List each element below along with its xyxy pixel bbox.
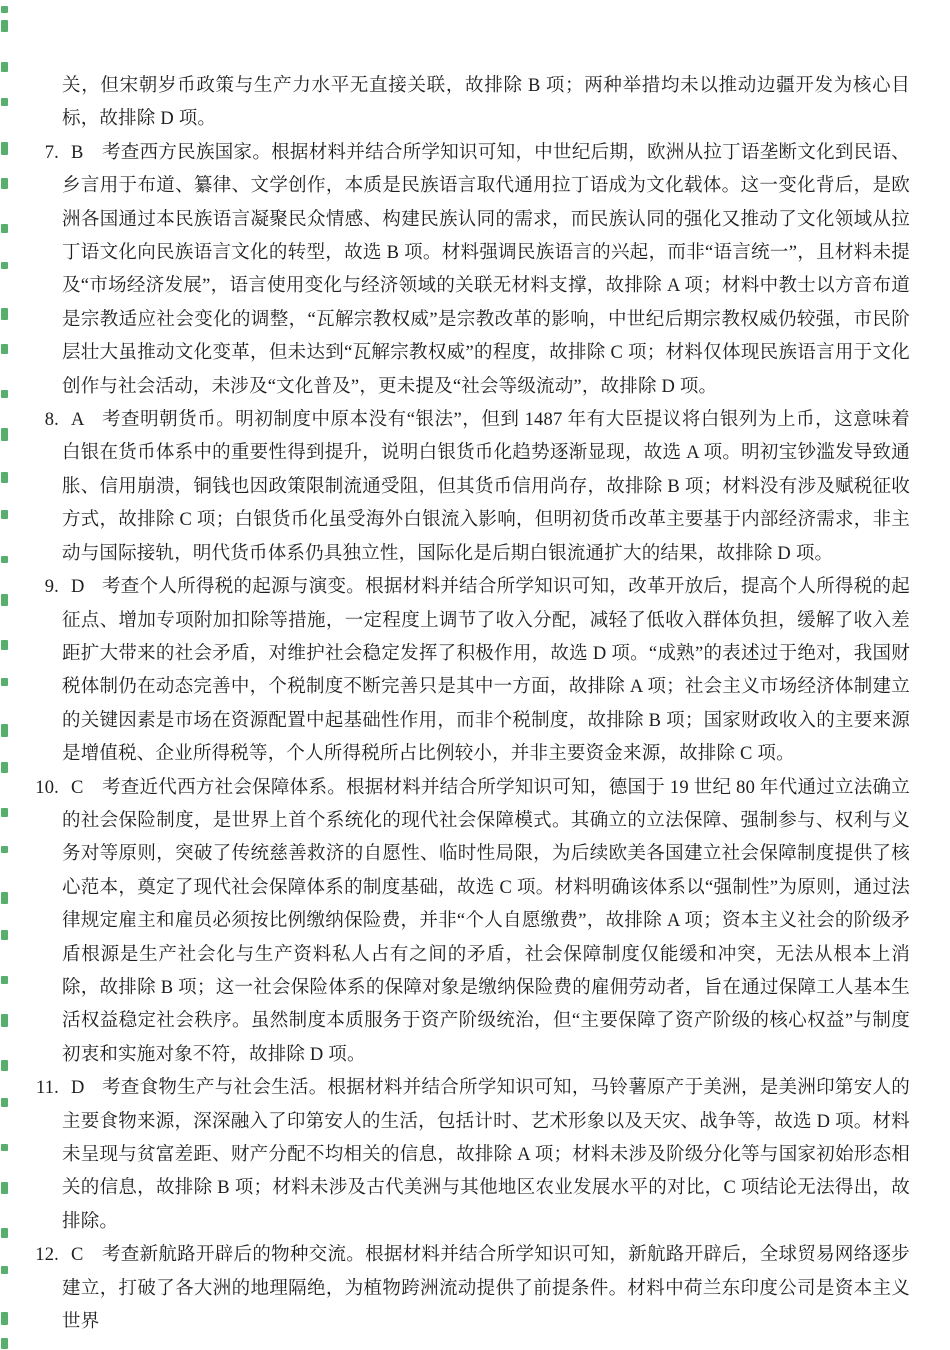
edge-mark: [1, 178, 8, 189]
answer-item-label: 9.D: [29, 571, 85, 604]
edge-mark: [1, 390, 8, 398]
question-number: 10.: [29, 772, 59, 805]
edge-mark: [1, 1228, 8, 1238]
edge-mark: [1, 1312, 8, 1325]
edge-mark: [1, 62, 8, 72]
continued-explanation-paragraph: 关，但宋朝岁币政策与生产力水平无直接关联，故排除 B 项；两种举措均未以推动边疆…: [62, 70, 910, 137]
answer-item: 7.B考查西方民族国家。根据材料并结合所学知识可知，中世纪后期，欧洲从拉丁语垄断…: [62, 137, 910, 404]
edge-mark: [1, 846, 8, 853]
edge-mark: [1, 1098, 8, 1107]
left-edge-print-marks: [0, 0, 12, 1350]
edge-mark: [1, 808, 8, 817]
edge-mark: [1, 510, 8, 519]
edge-mark: [1, 308, 8, 320]
answer-item-label: 7.B: [29, 137, 84, 170]
edge-mark: [1, 930, 8, 940]
edge-mark: [1, 1338, 8, 1349]
answer-item-label: 10.C: [29, 772, 84, 805]
edge-mark: [1, 892, 8, 904]
edge-mark: [1, 724, 8, 737]
answer-items-list: 7.B考查西方民族国家。根据材料并结合所学知识可知，中世纪后期，欧洲从拉丁语垄断…: [62, 137, 910, 1340]
explanation-text: 考查近代西方社会保障体系。根据材料并结合所学知识可知，德国于 19 世纪 80 …: [62, 778, 910, 1065]
question-number: 9.: [29, 571, 59, 604]
edge-mark: [1, 98, 8, 106]
edge-mark: [1, 1060, 8, 1071]
answers-content: 关，但宋朝岁币政策与生产力水平无直接关联，故排除 B 项；两种举措均未以推动边疆…: [62, 70, 910, 1339]
answer-item-label: 11.D: [29, 1072, 85, 1105]
question-number: 11.: [29, 1072, 59, 1105]
edge-mark: [1, 472, 8, 483]
answer-letter: C: [71, 1239, 84, 1272]
answer-item-label: 12.C: [29, 1239, 84, 1272]
edge-mark: [1, 224, 8, 233]
answer-item: 10.C考查近代西方社会保障体系。根据材料并结合所学知识可知，德国于 19 世纪…: [62, 772, 910, 1073]
edge-mark: [1, 594, 8, 606]
edge-mark: [1, 678, 8, 686]
question-number: 7.: [29, 137, 59, 170]
explanation-text: 考查新航路开辟后的物种交流。根据材料并结合所学知识可知，新航路开辟后，全球贸易网…: [62, 1245, 910, 1332]
answer-item: 9.D考查个人所得税的起源与演变。根据材料并结合所学知识可知，改革开放后，提高个…: [62, 571, 910, 771]
edge-mark: [1, 556, 8, 563]
edge-mark: [1, 262, 8, 269]
edge-mark: [1, 762, 8, 773]
answer-letter: C: [71, 772, 84, 805]
edge-mark: [1, 6, 8, 13]
answer-item: 12.C考查新航路开辟后的物种交流。根据材料并结合所学知识可知，新航路开辟后，全…: [62, 1239, 910, 1339]
edge-mark: [1, 142, 8, 155]
edge-mark: [1, 1144, 8, 1151]
edge-mark: [1, 640, 8, 650]
edge-mark: [1, 976, 8, 984]
edge-mark: [1, 20, 8, 32]
answer-item: 8.A考查明朝货币。明初制度中原本没有“银法”，但到 1487 年有大臣提议将白…: [62, 404, 910, 571]
question-number: 8.: [29, 404, 59, 437]
explanation-text: 考查西方民族国家。根据材料并结合所学知识可知，中世纪后期，欧洲从拉丁语垄断文化到…: [62, 143, 910, 397]
question-number: 12.: [29, 1239, 59, 1272]
explanation-text: 考查食物生产与社会生活。根据材料并结合所学知识可知，马铃薯原产于美洲，是美洲印第…: [62, 1078, 910, 1232]
answer-item-label: 8.A: [29, 404, 85, 437]
edge-mark: [1, 344, 8, 354]
answer-letter: A: [71, 404, 85, 437]
answer-item: 11.D考查食物生产与社会生活。根据材料并结合所学知识可知，马铃薯原产于美洲，是…: [62, 1072, 910, 1239]
edge-mark: [1, 1014, 8, 1027]
edge-mark: [1, 1182, 8, 1194]
answer-sheet-page: 关，但宋朝岁币政策与生产力水平无直接关联，故排除 B 项；两种举措均未以推动边疆…: [0, 0, 950, 1350]
edge-mark: [1, 428, 8, 441]
explanation-text: 考查明朝货币。明初制度中原本没有“银法”，但到 1487 年有大臣提议将白银列为…: [62, 410, 910, 564]
answer-letter: B: [71, 137, 84, 170]
edge-mark: [1, 1266, 8, 1274]
answer-letter: D: [71, 571, 85, 604]
explanation-text: 考查个人所得税的起源与演变。根据材料并结合所学知识可知，改革开放后，提高个人所得…: [62, 577, 910, 764]
answer-letter: D: [71, 1072, 85, 1105]
